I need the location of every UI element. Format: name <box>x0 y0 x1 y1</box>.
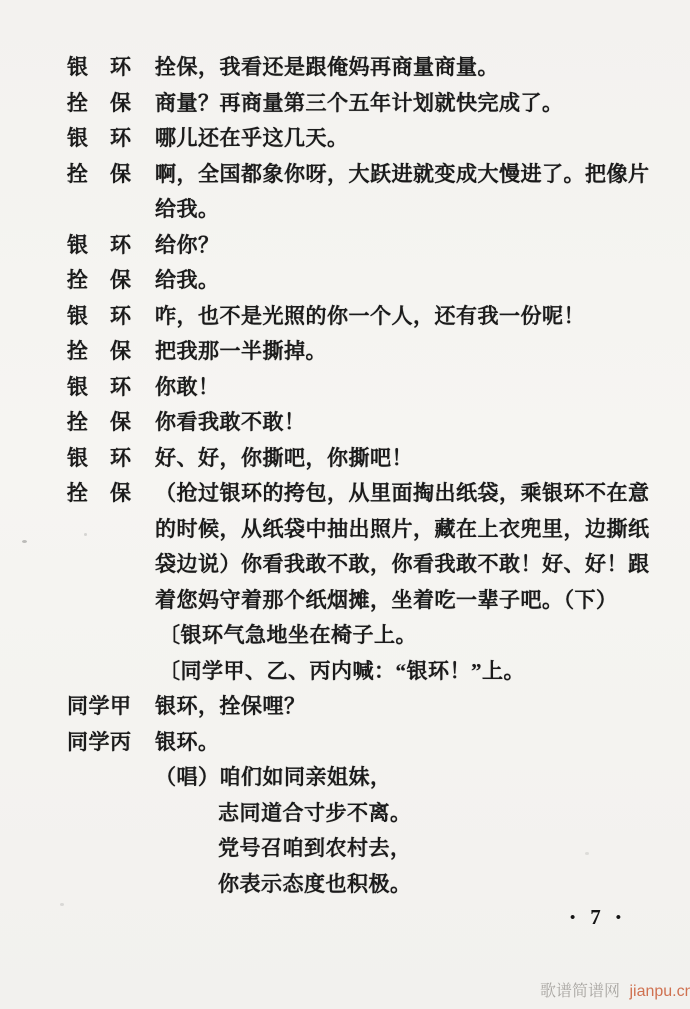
speaker-name: 拴 保 <box>67 334 155 370</box>
scan-speck <box>60 903 64 906</box>
line-text: 给我。 <box>155 263 220 299</box>
script-text-block: 银 环拴保，我看还是跟俺妈再商量商量。拴 保商量？再商量第三个五年计划就快完成了… <box>67 50 667 902</box>
line-text: 商量？再商量第三个五年计划就快完成了。 <box>155 86 564 122</box>
speaker-name: 银 环 <box>67 299 155 335</box>
speaker-name <box>67 583 155 619</box>
speaker-name <box>67 192 155 228</box>
page-number: • 7 • <box>570 905 621 930</box>
scan-speck <box>585 852 589 855</box>
script-line: 给我。 <box>67 192 667 228</box>
line-text: 袋边说）你看我敢不敢，你看我敢不敢！好、好！跟 <box>155 547 650 583</box>
line-text: （抢过银环的挎包，从里面掏出纸袋，乘银环不在意 <box>155 476 650 512</box>
line-text: （唱）咱们如同亲姐妹， <box>155 760 392 796</box>
speaker-name: 同学丙 <box>67 725 155 761</box>
line-text: 〔银环气急地坐在椅子上。 <box>155 618 417 654</box>
page-number-left-dot-icon: • <box>570 911 575 926</box>
script-line: 银 环咋，也不是光照的你一个人，还有我一份呢！ <box>67 299 667 335</box>
line-text: 你看我敢不敢！ <box>155 405 306 441</box>
speaker-name: 拴 保 <box>67 405 155 441</box>
script-line: 党号召咱到农村去， <box>67 831 667 867</box>
script-line: 拴 保（抢过银环的挎包，从里面掏出纸袋，乘银环不在意 <box>67 476 667 512</box>
line-text: 你表示态度也积极。 <box>155 867 412 903</box>
speaker-name <box>67 618 155 654</box>
line-text: 着您妈守着那个纸烟摊，坐着吃一辈子吧。（下） <box>155 583 618 619</box>
line-text: 给你？ <box>155 228 220 264</box>
line-text: 的时候，从纸袋中抽出照片，藏在上衣兜里，边撕纸 <box>155 512 650 548</box>
script-line: 着您妈守着那个纸烟摊，坐着吃一辈子吧。（下） <box>67 583 667 619</box>
line-text: 你敢！ <box>155 370 220 406</box>
speaker-name: 银 环 <box>67 50 155 86</box>
script-line: 〔银环气急地坐在椅子上。 <box>67 618 667 654</box>
speaker-name <box>67 867 155 903</box>
line-text: 咋，也不是光照的你一个人，还有我一份呢！ <box>155 299 585 335</box>
scan-speck <box>84 533 87 536</box>
speaker-name <box>67 796 155 832</box>
script-line: 银 环哪儿还在乎这几天。 <box>67 121 667 157</box>
speaker-name: 拴 保 <box>67 86 155 122</box>
page-number-value: 7 <box>590 905 601 930</box>
script-line: 拴 保把我那一半撕掉。 <box>67 334 667 370</box>
script-line: 志同道合寸步不离。 <box>67 796 667 832</box>
line-text: 拴保，我看还是跟俺妈再商量商量。 <box>155 50 499 86</box>
scan-speck <box>22 540 27 543</box>
speaker-name <box>67 654 155 690</box>
speaker-name <box>67 831 155 867</box>
scanned-script-page: 银 环拴保，我看还是跟俺妈再商量商量。拴 保商量？再商量第三个五年计划就快完成了… <box>0 0 690 1009</box>
line-text: 银环，拴保哩？ <box>155 689 306 725</box>
script-line: 拴 保商量？再商量第三个五年计划就快完成了。 <box>67 86 667 122</box>
line-text: 好、好，你撕吧，你撕吧！ <box>155 441 413 477</box>
script-line: 你表示态度也积极。 <box>67 867 667 903</box>
speaker-name <box>67 760 155 796</box>
speaker-name <box>67 512 155 548</box>
speaker-name: 拴 保 <box>67 157 155 193</box>
script-line: 同学丙银环。 <box>67 725 667 761</box>
speaker-name: 银 环 <box>67 228 155 264</box>
watermark-site-name: 歌谱简谱网 <box>540 983 620 1000</box>
watermark-site-url: jianpu.cn <box>629 983 690 1000</box>
line-text: 银环。 <box>155 725 220 761</box>
page-number-right-dot-icon: • <box>616 911 621 926</box>
script-line: 拴 保给我。 <box>67 263 667 299</box>
line-text: 把我那一半撕掉。 <box>155 334 327 370</box>
script-line: 〔同学甲、乙、丙内喊：“银环！”上。 <box>67 654 667 690</box>
line-text: 啊，全国都象你呀，大跃进就变成大慢进了。把像片 <box>155 157 650 193</box>
script-line: 银 环拴保，我看还是跟俺妈再商量商量。 <box>67 50 667 86</box>
script-line: 银 环你敢！ <box>67 370 667 406</box>
script-line: 同学甲银环，拴保哩？ <box>67 689 667 725</box>
line-text: 哪儿还在乎这几天。 <box>155 121 349 157</box>
script-line: 银 环给你？ <box>67 228 667 264</box>
script-line: 银 环好、好，你撕吧，你撕吧！ <box>67 441 667 477</box>
script-line: （唱）咱们如同亲姐妹， <box>67 760 667 796</box>
script-line: 的时候，从纸袋中抽出照片，藏在上衣兜里，边撕纸 <box>67 512 667 548</box>
script-line: 袋边说）你看我敢不敢，你看我敢不敢！好、好！跟 <box>67 547 667 583</box>
speaker-name: 拴 保 <box>67 476 155 512</box>
line-text: 〔同学甲、乙、丙内喊：“银环！”上。 <box>155 654 525 690</box>
line-text: 给我。 <box>155 192 220 228</box>
speaker-name: 银 环 <box>67 441 155 477</box>
speaker-name: 拴 保 <box>67 263 155 299</box>
speaker-name <box>67 547 155 583</box>
speaker-name: 同学甲 <box>67 689 155 725</box>
line-text: 党号召咱到农村去， <box>155 831 412 867</box>
watermark: 歌谱简谱网 jianpu.cn <box>540 978 690 1001</box>
script-line: 拴 保啊，全国都象你呀，大跃进就变成大慢进了。把像片 <box>67 157 667 193</box>
speaker-name: 银 环 <box>67 121 155 157</box>
speaker-name: 银 环 <box>67 370 155 406</box>
line-text: 志同道合寸步不离。 <box>155 796 412 832</box>
script-line: 拴 保你看我敢不敢！ <box>67 405 667 441</box>
